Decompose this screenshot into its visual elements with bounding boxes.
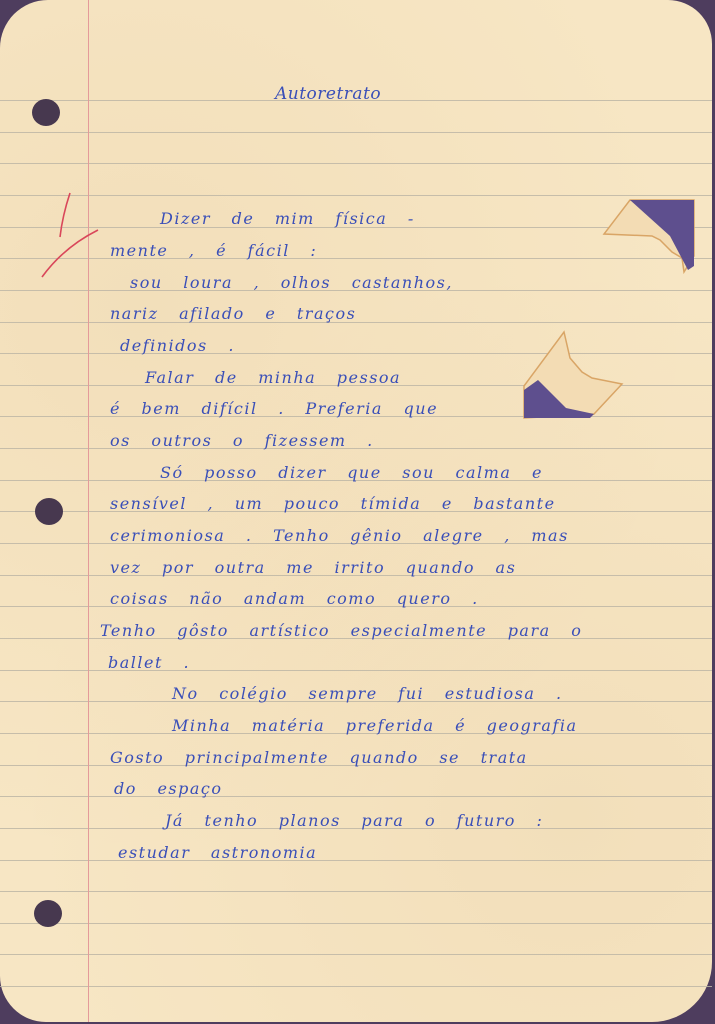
margin-line bbox=[88, 0, 89, 1022]
text-line: ballet . bbox=[108, 653, 190, 672]
text-line: vez por outra me irrito quando as bbox=[110, 558, 516, 577]
ruled-line bbox=[0, 860, 712, 861]
text-line: definidos . bbox=[120, 336, 235, 355]
check-mark-icon bbox=[38, 185, 108, 285]
text-line: os outros o fizessem . bbox=[110, 431, 374, 450]
ruled-line bbox=[0, 891, 712, 892]
binder-hole bbox=[35, 498, 63, 525]
text-line: sou loura , olhos castanhos, bbox=[130, 273, 453, 292]
binder-hole bbox=[32, 99, 60, 126]
text-line: Dizer de mim física - bbox=[160, 209, 415, 228]
text-line: nariz afilado e traços bbox=[110, 304, 356, 323]
text-line: Falar de minha pessoa bbox=[145, 368, 401, 387]
text-line: sensível , um pouco tímida e bastante bbox=[110, 494, 556, 513]
photo-corner-top-right bbox=[600, 196, 700, 296]
document-title: Autoretrato bbox=[275, 84, 381, 104]
photo-corner-bottom-left bbox=[520, 328, 625, 423]
text-line: coisas não andam como quero . bbox=[110, 589, 479, 608]
ruled-line bbox=[0, 163, 712, 164]
binder-hole bbox=[34, 900, 62, 927]
text-line: cerimoniosa . Tenho gênio alegre , mas bbox=[110, 526, 569, 545]
text-line: Gosto principalmente quando se trata bbox=[110, 748, 528, 767]
text-line: é bem difícil . Preferia que bbox=[110, 399, 438, 418]
text-line: estudar astronomia bbox=[118, 843, 317, 862]
text-line: do espaço bbox=[114, 779, 223, 798]
text-line: mente , é fácil : bbox=[110, 241, 317, 260]
text-line: No colégio sempre fui estudiosa . bbox=[172, 684, 563, 703]
ruled-line bbox=[0, 670, 712, 671]
ruled-line bbox=[0, 796, 712, 797]
notebook-page: Autoretrato Dizer de mim física - mente … bbox=[0, 0, 712, 1022]
ruled-line bbox=[0, 986, 712, 987]
text-line: Só posso dizer que sou calma e bbox=[160, 463, 543, 482]
text-line: Já tenho planos para o futuro : bbox=[165, 811, 543, 830]
ruled-line bbox=[0, 954, 712, 955]
ruled-line bbox=[0, 923, 712, 924]
text-line: Minha matéria preferida é geografia bbox=[172, 716, 578, 735]
text-line: Tenho gôsto artístico especialmente para… bbox=[100, 621, 582, 640]
ruled-line bbox=[0, 132, 712, 133]
